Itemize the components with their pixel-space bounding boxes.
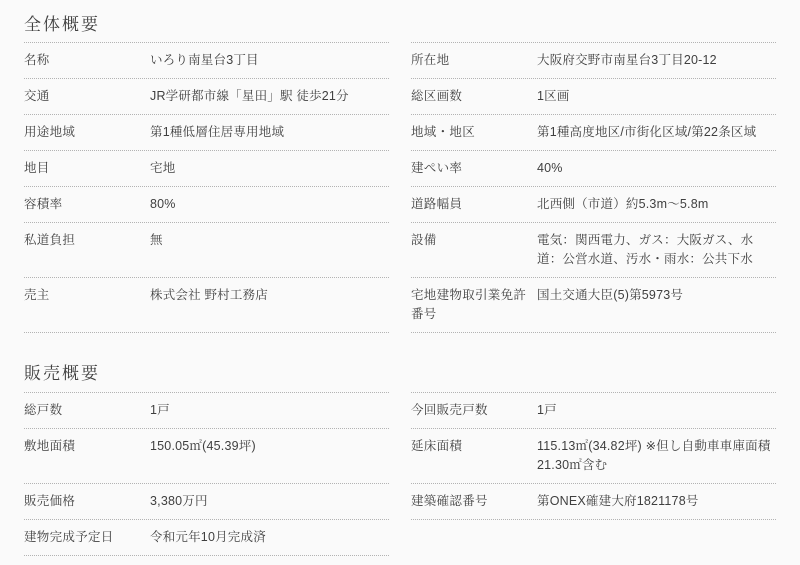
spec-table: 名称いろり南星台3丁目所在地大阪府交野市南星台3丁目20-12交通JR学研都市線…: [24, 42, 776, 333]
spec-value: 80%: [150, 195, 389, 214]
spec-row-cell: 建物完成予定日令和元年10月完成済: [24, 520, 389, 556]
spec-label: 宅地建物取引業免許番号: [411, 286, 537, 324]
spec-label: 交通: [24, 87, 150, 106]
spec-row-cell: 販売価格3,380万円: [24, 484, 389, 520]
spec-label: 今回販売戸数: [411, 401, 537, 420]
spec-row-cell: 道路幅員北西側（市道）約5.3m〜5.8m: [411, 187, 776, 223]
spec-value: 宅地: [150, 159, 389, 178]
spec-row-cell: 容積率80%: [24, 187, 389, 223]
spec-row-cell: 名称いろり南星台3丁目: [24, 42, 389, 79]
spec-label: 売主: [24, 286, 150, 305]
spec-value: 大阪府交野市南星台3丁目20-12: [537, 51, 776, 70]
spec-value: いろり南星台3丁目: [150, 51, 389, 70]
spec-row-cell: 総戸数1戸: [24, 392, 389, 429]
spec-row-cell: 設備電気：関西電力、ガス：大阪ガス、水道：公営水道、汚水・雨水：公共下水: [411, 223, 776, 278]
spec-row-cell: 宅地建物取引業免許番号国土交通大臣(5)第5973号: [411, 278, 776, 333]
spec-row-cell: [411, 520, 776, 556]
spec-label: 名称: [24, 51, 150, 70]
spec-value: 3,380万円: [150, 492, 389, 511]
column-gap: [389, 520, 411, 556]
column-gap: [389, 79, 411, 115]
spec-row-cell: 売主株式会社 野村工務店: [24, 278, 389, 333]
spec-row-cell: 私道負担無: [24, 223, 389, 278]
property-spec-page: 全体概要 名称いろり南星台3丁目所在地大阪府交野市南星台3丁目20-12交通JR…: [0, 0, 800, 556]
spec-row-cell: 建ぺい率40%: [411, 151, 776, 187]
column-gap: [389, 151, 411, 187]
spec-value: 第ONEX確建大府1821178号: [537, 492, 776, 511]
column-gap: [389, 223, 411, 278]
spec-row-cell: 所在地大阪府交野市南星台3丁目20-12: [411, 42, 776, 79]
spec-row-cell: 延床面積115.13㎡(34.82坪) ※但し自動車車庫面積21.30㎡含む: [411, 429, 776, 484]
spec-label: 建ぺい率: [411, 159, 537, 178]
spec-label: 建物完成予定日: [24, 528, 150, 547]
spec-value: 40%: [537, 159, 776, 178]
spec-value: 北西側（市道）約5.3m〜5.8m: [537, 195, 776, 214]
spec-table: 総戸数1戸今回販売戸数1戸敷地面積150.05㎡(45.39坪)延床面積115.…: [24, 392, 776, 556]
spec-label: 容積率: [24, 195, 150, 214]
spec-row-cell: 地目宅地: [24, 151, 389, 187]
spec-label: 私道負担: [24, 231, 150, 250]
column-gap: [389, 187, 411, 223]
spec-label: 総戸数: [24, 401, 150, 420]
spec-value: 1戸: [537, 401, 776, 420]
column-gap: [389, 484, 411, 520]
column-gap: [389, 278, 411, 333]
spec-row-cell: 敷地面積150.05㎡(45.39坪): [24, 429, 389, 484]
spec-value: 国土交通大臣(5)第5973号: [537, 286, 776, 305]
spec-value: JR学研都市線「星田」駅 徒歩21分: [150, 87, 389, 106]
spec-row-cell: 用途地域第1種低層住居専用地域: [24, 115, 389, 151]
spec-label: 設備: [411, 231, 537, 250]
section-title: 販売概要: [24, 361, 776, 386]
spec-value: 令和元年10月完成済: [150, 528, 389, 547]
column-gap: [389, 115, 411, 151]
spec-value: 株式会社 野村工務店: [150, 286, 389, 305]
spec-label: 建築確認番号: [411, 492, 537, 511]
section-sales-summary: 販売概要 総戸数1戸今回販売戸数1戸敷地面積150.05㎡(45.39坪)延床面…: [24, 361, 776, 556]
column-gap: [389, 392, 411, 429]
spec-label: 総区画数: [411, 87, 537, 106]
column-gap: [389, 429, 411, 484]
spec-label: 販売価格: [24, 492, 150, 511]
spec-label: 地域・地区: [411, 123, 537, 142]
spec-label: 延床面積: [411, 437, 537, 456]
spec-label: 道路幅員: [411, 195, 537, 214]
spec-row-cell: 交通JR学研都市線「星田」駅 徒歩21分: [24, 79, 389, 115]
spec-value: 電気：関西電力、ガス：大阪ガス、水道：公営水道、汚水・雨水：公共下水: [537, 231, 776, 269]
spec-value: 第1種高度地区/市街化区域/第22条区域: [537, 123, 776, 142]
spec-value: 1戸: [150, 401, 389, 420]
spec-row-cell: 総区画数1区画: [411, 79, 776, 115]
spec-value: 1区画: [537, 87, 776, 106]
spec-value: 115.13㎡(34.82坪) ※但し自動車車庫面積21.30㎡含む: [537, 437, 776, 475]
spec-label: 地目: [24, 159, 150, 178]
section-overall-summary: 全体概要 名称いろり南星台3丁目所在地大阪府交野市南星台3丁目20-12交通JR…: [24, 12, 776, 333]
spec-label: 用途地域: [24, 123, 150, 142]
section-title: 全体概要: [24, 12, 776, 37]
spec-row-cell: 今回販売戸数1戸: [411, 392, 776, 429]
spec-value: 150.05㎡(45.39坪): [150, 437, 389, 456]
spec-row-cell: 地域・地区第1種高度地区/市街化区域/第22条区域: [411, 115, 776, 151]
column-gap: [389, 42, 411, 79]
spec-value: 第1種低層住居専用地域: [150, 123, 389, 142]
spec-label: 敷地面積: [24, 437, 150, 456]
spec-label: 所在地: [411, 51, 537, 70]
spec-row-cell: 建築確認番号第ONEX確建大府1821178号: [411, 484, 776, 520]
spec-value: 無: [150, 231, 389, 250]
